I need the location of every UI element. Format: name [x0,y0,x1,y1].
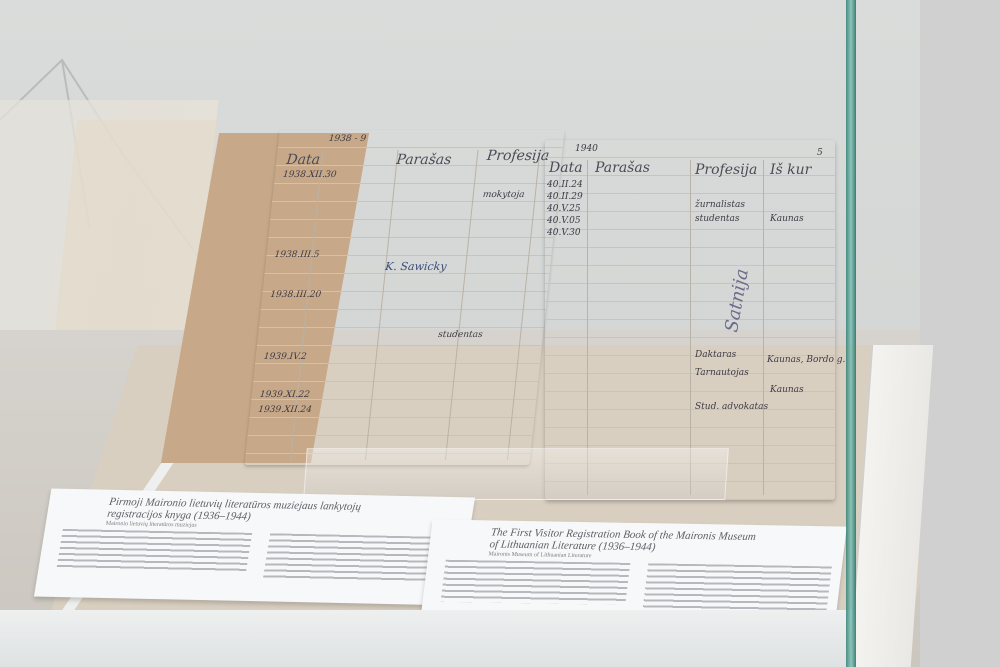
right-profession: Tarnautojas [695,368,749,378]
right-col-date: Data [549,160,583,176]
left-entry: K. Sawicky [385,260,448,273]
left-date: 1938.XII.30 [282,170,337,180]
right-date: 40.II.24 [547,180,583,190]
left-profession: mokytoja [482,190,525,200]
right-place: Kaunas [770,385,804,395]
left-col-date: Data [286,152,321,168]
book-right-page: 1940 5 Data Parašas Profesija Iš kur 40.… [545,140,835,500]
right-profession: Stud. advokatas [695,402,768,412]
right-margin-note: Satnija [721,267,753,334]
acrylic-page-holder [303,448,729,500]
left-date: 1939.XI.22 [259,390,310,400]
right-profession: Daktaras [695,350,736,360]
left-year-header: 1938 - 9 [328,134,366,144]
right-date: 40.II.29 [547,192,583,202]
left-profession: studentas [438,330,484,340]
left-date: 1939.IV.2 [263,352,307,362]
label-lithuanian: Pirmoji Maironio lietuvių literatūros mu… [34,489,475,606]
left-date: 1938.III.5 [274,250,320,260]
right-profession: žurnalistas [695,200,745,210]
right-date: 40.V.05 [547,216,581,226]
case-front-edge [0,610,900,667]
left-col-profession: Profesija [486,148,550,164]
right-year-header: 1940 [575,144,598,154]
label-en-title: The First Visitor Registration Book of t… [489,526,761,555]
right-place: Kaunas, Bordo g. [767,355,845,365]
right-date: 40.V.30 [547,228,581,238]
glass-pane-edge [846,0,856,667]
right-date: 40.V.25 [547,204,581,214]
right-place: Kaunas [770,214,804,224]
right-col-signature: Parašas [595,160,650,176]
left-date: 1939.XII.24 [258,405,313,415]
book-left-page: 1938 - 9 Data Parašas Profesija 1938.XII… [244,130,564,465]
left-col-signature: Parašas [396,152,453,168]
right-col-origin: Iš kur [770,162,811,178]
right-page-number: 5 [817,148,823,158]
left-date: 1938.III.20 [270,290,322,300]
right-col-profession: Profesija [695,162,757,178]
right-profession: studentas [695,214,740,224]
right-wall [920,0,1000,667]
